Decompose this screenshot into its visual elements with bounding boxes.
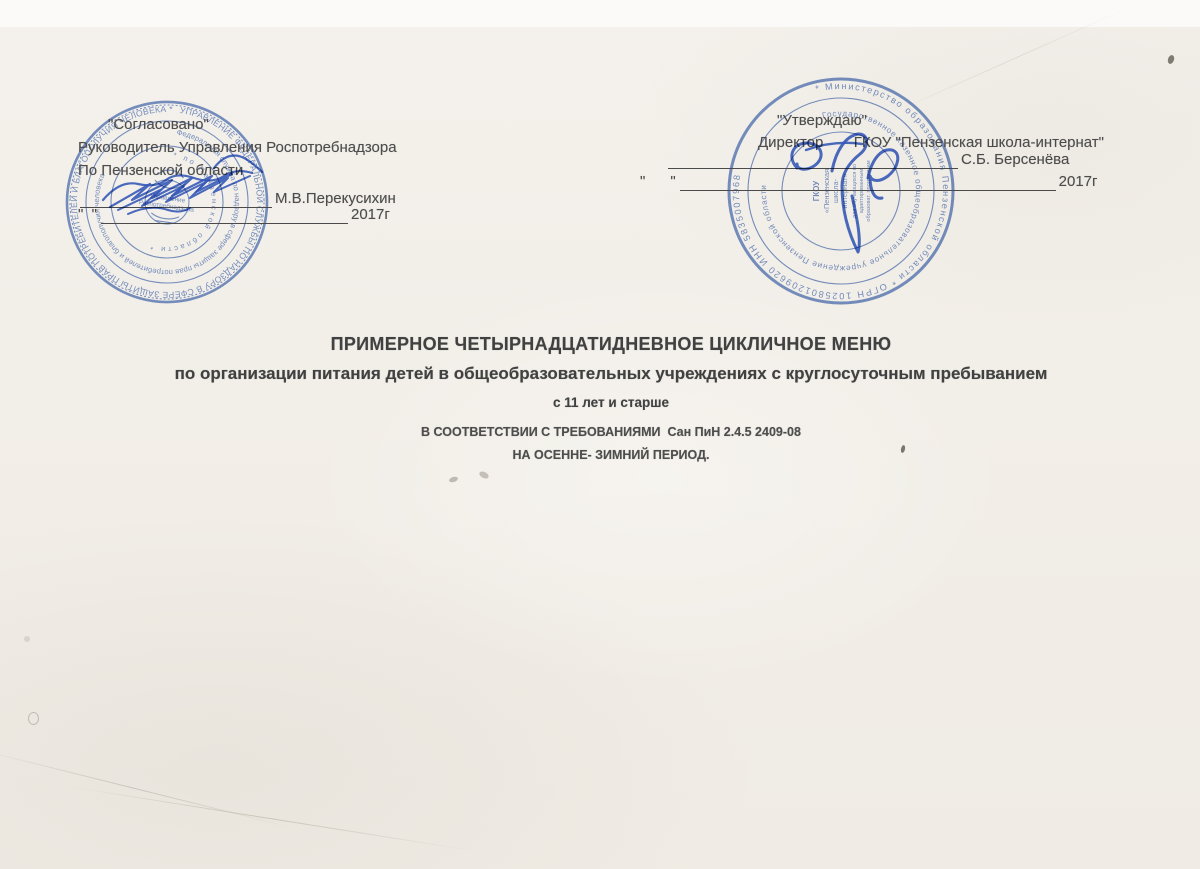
day-quotes: " " [78,206,101,224]
menu-title-line4: В СООТВЕТСТВИИ С ТРЕБОВАНИЯМИ Сан ПиН 2.… [22,425,1200,439]
approver-region-line: По Пензенской области [78,162,243,180]
scanned-document-page: УПРАВЛЕНИЕ ФЕДЕРАЛЬНОЙ СЛУЖБЫ ПО НАДЗОРУ… [0,0,1200,869]
approval-status-label: "Утверждаю" [777,112,867,130]
signature-row: С.Б. Берсенёва [668,150,1069,169]
menu-title-line2: по организации питания детей в общеобраз… [22,364,1200,384]
scanner-edge-strip [0,0,1200,27]
menu-title-line3: с 11 лет и старше [22,395,1200,410]
date-row: " " 2017г [640,172,1098,191]
signatory-name: С.Б. Берсенёва [958,151,1069,169]
date-line [101,205,348,224]
approver-position-line: Руководитель Управления Роспотребнадзора [78,139,397,157]
paper-speck [24,636,30,642]
menu-title-line1: ПРИМЕРНОЕ ЧЕТЫРНАДЦАТИДНЕВНОЕ ЦИКЛИЧНОЕ … [22,334,1200,355]
date-row: " " 2017г [78,205,390,224]
approval-status-label: "Согласовано" [108,116,209,134]
day-quotes: " " [640,173,680,191]
paper-speck [28,712,39,725]
menu-title-line5: НА ОСЕННЕ- ЗИМНИЙ ПЕРИОД. [22,448,1200,462]
signature-line [668,150,958,169]
year-label: 2017г [1056,173,1098,191]
year-label: 2017г [348,206,390,224]
date-line [680,172,1056,191]
school-round-stamp-icon: * Министерство образования Пензенской об… [716,66,966,316]
